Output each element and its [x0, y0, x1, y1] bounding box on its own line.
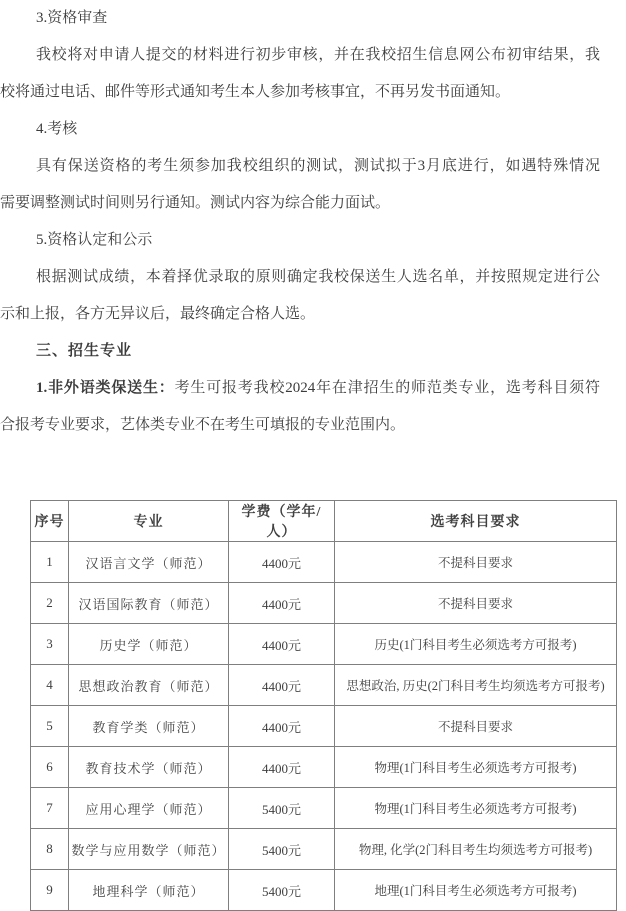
table-row: 4思想政治教育（师范）4400元思想政治, 历史(2门科目考生均须选考方可报考)	[31, 665, 617, 706]
cell-subject-requirement: 不提科目要求	[335, 583, 617, 624]
cell-major: 汉语言文学（师范）	[69, 542, 229, 583]
document-page: 3.资格审查 我校将对申请人提交的材料进行初步审核，并在我校招生信息网公布初审结…	[0, 0, 626, 911]
table-row: 5教育学类（师范）4400元不提科目要求	[31, 706, 617, 747]
cell-tuition: 4400元	[229, 706, 335, 747]
heading-qualification-review: 3.资格审查	[0, 0, 600, 37]
table-row: 8数学与应用数学（师范）5400元物理, 化学(2门科目考生均须选考方可报考)	[31, 829, 617, 870]
table-row: 6教育技术学（师范）4400元物理(1门科目考生必须选考方可报考)	[31, 747, 617, 788]
cell-major: 数学与应用数学（师范）	[69, 829, 229, 870]
table-row: 1汉语言文学（师范）4400元不提科目要求	[31, 542, 617, 583]
cell-tuition: 5400元	[229, 788, 335, 829]
header-row: 序号 专业 学费（学年/人） 选考科目要求	[31, 501, 617, 542]
cell-tuition: 4400元	[229, 542, 335, 583]
cell-serial-number: 7	[31, 788, 69, 829]
cell-subject-requirement: 地理(1门科目考生必须选考方可报考)	[335, 870, 617, 911]
table-row: 7应用心理学（师范）5400元物理(1门科目考生必须选考方可报考)	[31, 788, 617, 829]
cell-serial-number: 8	[31, 829, 69, 870]
paragraph-line: 1.非外语类保送生：考生可报考我校2024年在津招生的师范类专业，选考科目须符	[0, 370, 600, 407]
cell-tuition: 4400元	[229, 665, 335, 706]
paragraph-line: 根据测试成绩，本着择优录取的原则确定我校保送生人选名单，并按照规定进行公	[0, 259, 600, 296]
cell-tuition: 4400元	[229, 583, 335, 624]
cell-subject-requirement: 思想政治, 历史(2门科目考生均须选考方可报考)	[335, 665, 617, 706]
cell-major: 地理科学（师范）	[69, 870, 229, 911]
cell-major: 教育学类（师范）	[69, 706, 229, 747]
paragraph-confirmation: 根据测试成绩，本着择优录取的原则确定我校保送生人选名单，并按照规定进行公 示和上…	[0, 259, 600, 333]
header-subject-requirements: 选考科目要求	[335, 501, 617, 542]
paragraph-line: 合报考专业要求，艺体类专业不在考生可填报的专业范围内。	[0, 407, 600, 444]
table-row: 3历史学（师范）4400元历史(1门科目考生必须选考方可报考)	[31, 624, 617, 665]
cell-serial-number: 6	[31, 747, 69, 788]
heading-assessment: 4.考核	[0, 111, 600, 148]
cell-serial-number: 2	[31, 583, 69, 624]
cell-tuition: 4400元	[229, 747, 335, 788]
cell-subject-requirement: 不提科目要求	[335, 542, 617, 583]
cell-serial-number: 1	[31, 542, 69, 583]
paragraph-line-text: 考生可报考我校2024年在津招生的师范类专业，选考科目须符	[175, 380, 600, 396]
majors-table: 序号 专业 学费（学年/人） 选考科目要求 1汉语言文学（师范）4400元不提科…	[30, 500, 617, 911]
cell-serial-number: 3	[31, 624, 69, 665]
cell-subject-requirement: 物理(1门科目考生必须选考方可报考)	[335, 788, 617, 829]
header-serial-number: 序号	[31, 501, 69, 542]
cell-tuition: 5400元	[229, 829, 335, 870]
heading-confirmation-publicity: 5.资格认定和公示	[0, 222, 600, 259]
cell-major: 应用心理学（师范）	[69, 788, 229, 829]
paragraph-line: 校将通过电话、邮件等形式通知考生本人参加考核事宜，不再另发书面通知。	[0, 74, 600, 111]
header-tuition: 学费（学年/人）	[229, 501, 335, 542]
cell-major: 思想政治教育（师范）	[69, 665, 229, 706]
cell-serial-number: 5	[31, 706, 69, 747]
cell-subject-requirement: 不提科目要求	[335, 706, 617, 747]
table-row: 9地理科学（师范）5400元地理(1门科目考生必须选考方可报考)	[31, 870, 617, 911]
cell-serial-number: 9	[31, 870, 69, 911]
document-body: 3.资格审查 我校将对申请人提交的材料进行初步审核，并在我校招生信息网公布初审结…	[0, 0, 600, 444]
cell-subject-requirement: 物理(1门科目考生必须选考方可报考)	[335, 747, 617, 788]
cell-major: 历史学（师范）	[69, 624, 229, 665]
paragraph-line: 我校将对申请人提交的材料进行初步审核，并在我校招生信息网公布初审结果，我	[0, 37, 600, 74]
majors-table-body: 1汉语言文学（师范）4400元不提科目要求2汉语国际教育（师范）4400元不提科…	[31, 542, 617, 911]
paragraph-non-foreign-language: 1.非外语类保送生：考生可报考我校2024年在津招生的师范类专业，选考科目须符 …	[0, 370, 600, 444]
cell-tuition: 4400元	[229, 624, 335, 665]
cell-serial-number: 4	[31, 665, 69, 706]
paragraph-review: 我校将对申请人提交的材料进行初步审核，并在我校招生信息网公布初审结果，我 校将通…	[0, 37, 600, 111]
heading-enrollment-majors: 三、招生专业	[0, 333, 600, 370]
paragraph-line: 具有保送资格的考生须参加我校组织的测试，测试拟于3月底进行，如遇特殊情况	[0, 148, 600, 185]
paragraph-line: 示和上报，各方无异议后，最终确定合格人选。	[0, 296, 600, 333]
paragraph-assessment: 具有保送资格的考生须参加我校组织的测试，测试拟于3月底进行，如遇特殊情况 需要调…	[0, 148, 600, 222]
cell-major: 汉语国际教育（师范）	[69, 583, 229, 624]
table-row: 2汉语国际教育（师范）4400元不提科目要求	[31, 583, 617, 624]
paragraph-line: 需要调整测试时间则另行通知。测试内容为综合能力面试。	[0, 185, 600, 222]
paragraph-bold-lead: 1.非外语类保送生：	[36, 380, 175, 396]
header-major: 专业	[69, 501, 229, 542]
cell-tuition: 5400元	[229, 870, 335, 911]
cell-subject-requirement: 历史(1门科目考生必须选考方可报考)	[335, 624, 617, 665]
cell-subject-requirement: 物理, 化学(2门科目考生均须选考方可报考)	[335, 829, 617, 870]
cell-major: 教育技术学（师范）	[69, 747, 229, 788]
majors-table-header: 序号 专业 学费（学年/人） 选考科目要求	[31, 501, 617, 542]
